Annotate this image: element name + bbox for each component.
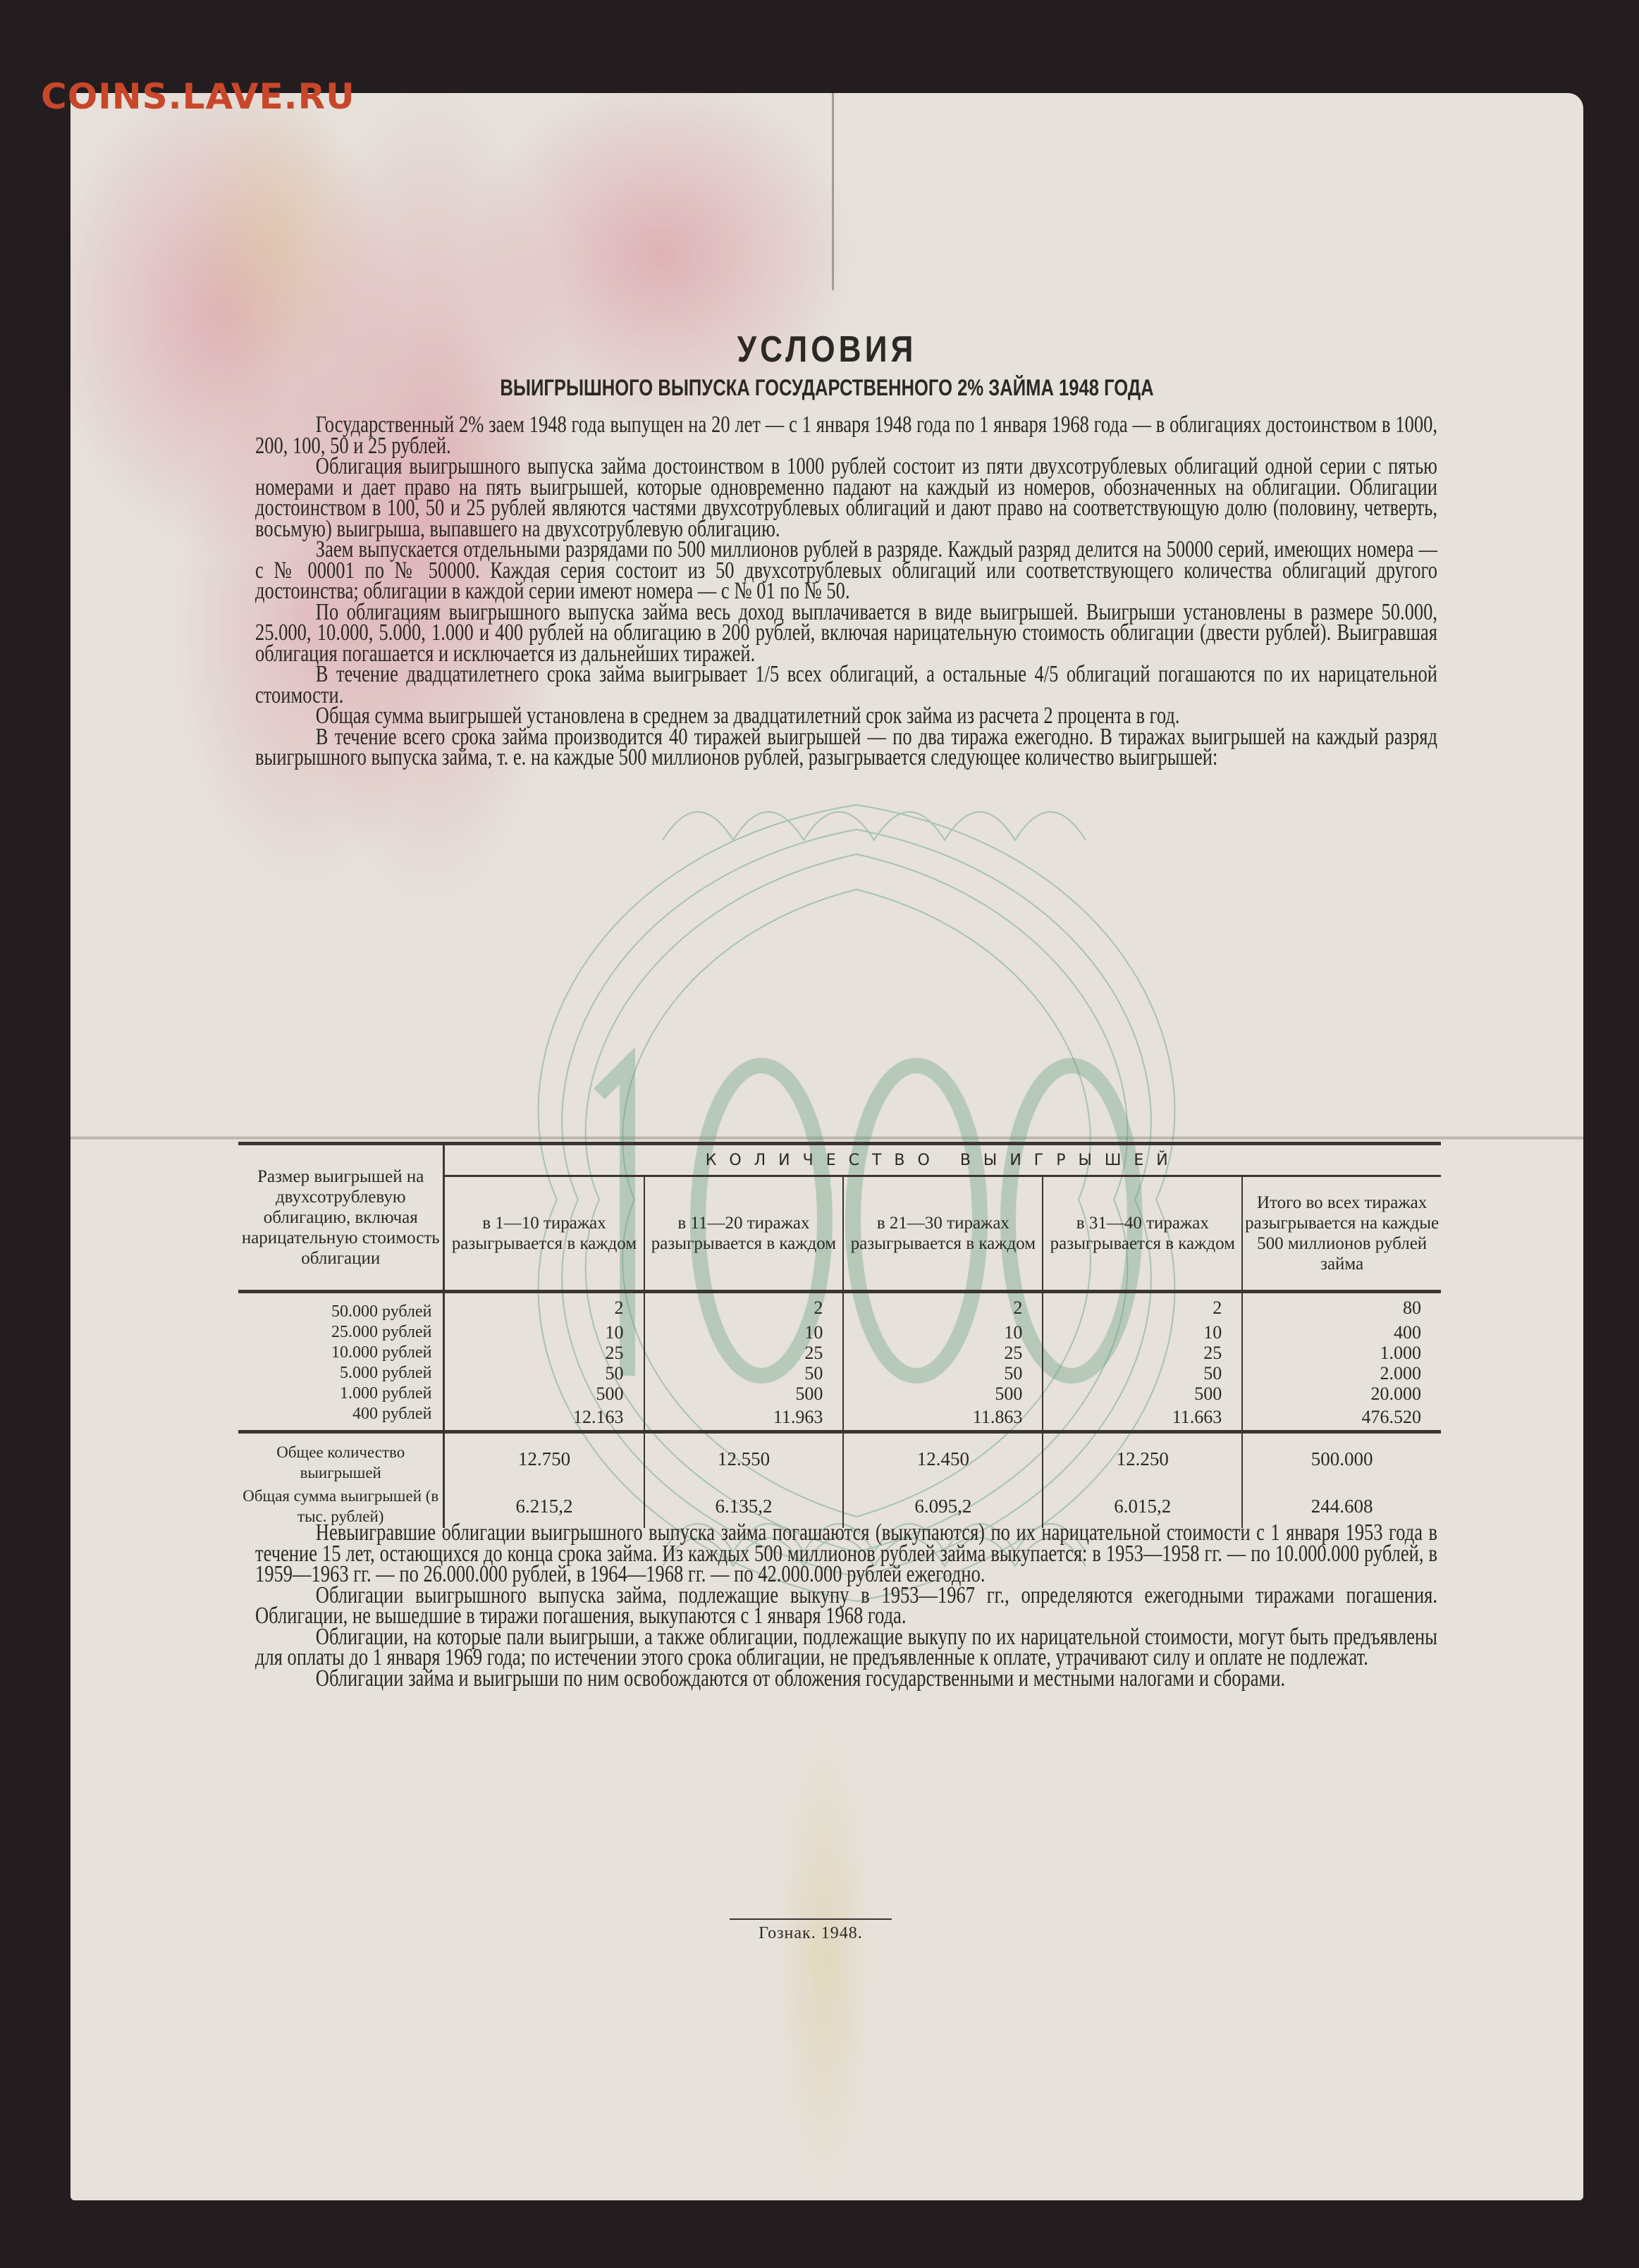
paragraph: Облигации, на которые пали выигрыши, а т… — [255, 1627, 1437, 1668]
paragraph: Облигации займа и выигрыши по ним освобо… — [255, 1668, 1437, 1689]
paragraph: В течение двадцатилетнего срока займа вы… — [255, 664, 1437, 705]
cell: 2 — [644, 1293, 844, 1322]
column-header: Итого во всех тиражах разыгрывается на к… — [1242, 1176, 1441, 1292]
table-row: 400 рублей 12.163 11.963 11.863 11.663 4… — [238, 1404, 1441, 1432]
prize-label: 5.000 рублей — [238, 1363, 444, 1383]
site-watermark: COINS.LAVE.RU — [41, 76, 355, 117]
prize-label: 400 рублей — [238, 1404, 444, 1432]
cell: 2 — [444, 1293, 644, 1322]
imprint-divider — [730, 1918, 892, 1920]
cell: 12.250 — [1043, 1434, 1242, 1484]
cell: 50 — [444, 1363, 644, 1383]
paragraph: Облигации выигрышного выпуска займа, под… — [255, 1585, 1437, 1627]
cell: 11.663 — [1043, 1404, 1242, 1432]
cell: 500 — [644, 1383, 844, 1404]
document-subtitle: ВЫИГРЫШНОГО ВЫПУСКА ГОСУДАРСТВЕННОГО 2% … — [222, 375, 1432, 401]
cell: 10 — [644, 1322, 844, 1343]
cell: 25 — [644, 1343, 844, 1363]
prizes-table: Размер выигрышей на двухсотрублевую обли… — [238, 1142, 1441, 1528]
cell: 12.550 — [644, 1434, 844, 1484]
cell: 476.520 — [1242, 1404, 1441, 1432]
total-count-label: Общее количество выигрышей — [238, 1434, 444, 1484]
table-row: 50.000 рублей 2 2 2 2 80 — [238, 1293, 1441, 1322]
column-header: в 21—30 тиражах разыгрывается в каждом — [843, 1176, 1043, 1292]
paragraph: В течение всего срока займа производится… — [255, 727, 1437, 768]
column-header: в 1—10 тиражах разыгрывается в каждом — [444, 1176, 644, 1292]
cell: 1.000 — [1242, 1343, 1441, 1363]
table-row: 25.000 рублей 10 10 10 10 400 — [238, 1322, 1441, 1343]
table-row: 1.000 рублей 500 500 500 500 20.000 — [238, 1383, 1441, 1404]
table-row: 10.000 рублей 25 25 25 25 1.000 — [238, 1343, 1441, 1363]
cell: 12.163 — [444, 1404, 644, 1432]
cell: 80 — [1242, 1293, 1441, 1322]
terms-top-section: Государственный 2% заем 1948 года выпуще… — [255, 414, 1437, 768]
document-title: УСЛОВИЯ — [184, 328, 1470, 371]
cell: 2.000 — [1242, 1363, 1441, 1383]
paragraph: Заем выпускается отдельными разрядами по… — [255, 539, 1437, 602]
paragraph: Облигация выигрышного выпуска займа дост… — [255, 456, 1437, 539]
cell: 50 — [644, 1363, 844, 1383]
prize-label: 25.000 рублей — [238, 1322, 444, 1343]
cell: 2 — [1043, 1293, 1242, 1322]
cell: 25 — [444, 1343, 644, 1363]
paragraph: Невыигравшие облигации выигрышного выпус… — [255, 1522, 1437, 1585]
bond-paper: УСЛОВИЯ ВЫИГРЫШНОГО ВЫПУСКА ГОСУДАРСТВЕН… — [70, 93, 1583, 2200]
cell: 500 — [843, 1383, 1043, 1404]
table-row: 5.000 рублей 50 50 50 50 2.000 — [238, 1363, 1441, 1383]
prize-label: 10.000 рублей — [238, 1343, 444, 1363]
cell: 50 — [843, 1363, 1043, 1383]
cell: 400 — [1242, 1322, 1441, 1343]
totals-row: Общее количество выигрышей 12.750 12.550… — [238, 1434, 1441, 1484]
column-header: в 11—20 тиражах разыгрывается в каждом — [644, 1176, 844, 1292]
cell: 12.450 — [843, 1434, 1043, 1484]
cell: 11.963 — [644, 1404, 844, 1432]
cell: 10 — [444, 1322, 644, 1343]
cell: 500.000 — [1242, 1434, 1441, 1484]
cell: 500 — [1043, 1383, 1242, 1404]
cell: 12.750 — [444, 1434, 644, 1484]
cell: 10 — [1043, 1322, 1242, 1343]
cell: 25 — [843, 1343, 1043, 1363]
cell: 500 — [444, 1383, 644, 1404]
printer-imprint: Гознак. 1948. — [730, 1924, 892, 1943]
row-header-cell: Размер выигрышей на двухсотрублевую обли… — [238, 1144, 444, 1292]
cell: 20.000 — [1242, 1383, 1441, 1404]
prize-label: 1.000 рублей — [238, 1383, 444, 1404]
terms-bottom-section: Невыигравшие облигации выигрышного выпус… — [255, 1522, 1437, 1689]
paragraph: По облигациям выигрышного выпуска займа … — [255, 602, 1437, 665]
cell: 2 — [843, 1293, 1043, 1322]
document-content: УСЛОВИЯ ВЫИГРЫШНОГО ВЫПУСКА ГОСУДАРСТВЕН… — [70, 93, 1583, 2200]
cell: 25 — [1043, 1343, 1242, 1363]
prize-label: 50.000 рублей — [238, 1293, 444, 1322]
cell: 50 — [1043, 1363, 1242, 1383]
cell: 11.863 — [843, 1404, 1043, 1432]
paragraph: Государственный 2% заем 1948 года выпуще… — [255, 414, 1437, 456]
column-header: в 31—40 тиражах разыгрывается в каждом — [1043, 1176, 1242, 1292]
cell: 10 — [843, 1322, 1043, 1343]
group-header: КОЛИЧЕСТВО ВЫИГРЫШЕЙ — [444, 1144, 1441, 1176]
